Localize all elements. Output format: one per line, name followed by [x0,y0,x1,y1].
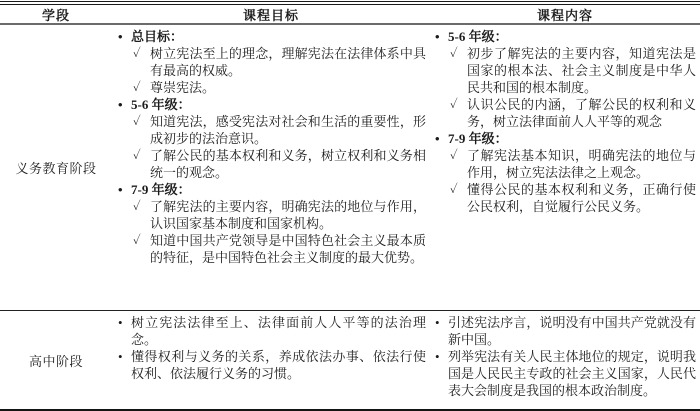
bullet-icon: • [118,314,131,348]
check-icon: ✓ [133,45,150,79]
list-item-text: 懂得公民的基本权利和义务，正确行使公民权利，自觉履行公民义务。 [467,181,698,215]
column-header-contents: 课程内容 [430,5,700,24]
bullet-list-item: •引述宪法序言，说明没有中国共产党就没有新中国。 [435,314,698,348]
bullet-icon: • [118,348,131,382]
list-item-text: 引述宪法序言，说明没有中国共产党就没有新中国。 [448,314,698,348]
check-list-item: ✓了解宪法的主要内容，明确宪法的地位与作用，认识国家基本制度和国家机构。 [133,198,428,232]
bullet-icon: • [435,348,448,399]
check-list-item: ✓懂得公民的基本权利和义务，正确行使公民权利，自觉履行公民义务。 [450,181,698,215]
contents-cell: •引述宪法序言，说明没有中国共产党就没有新中国。•列举宪法有关人民主体地位的规定… [430,311,700,409]
check-list-item: ✓知道宪法，感受宪法对社会和生活的重要性，形成初步的法治意识。 [133,113,428,147]
check-list-item: ✓了解宪法基本知识，明确宪法的地位与作用，树立宪法法律之上观念。 [450,147,698,181]
table-header-row: 学段 课程目标 课程内容 [0,5,700,23]
list-item-text: 懂得权利与义务的关系，养成依法办事、依法行使权利、依法履行义务的习惯。 [131,348,428,382]
list-item-text: 列举宪法有关人民主体地位的规定，说明我国是人民民主专政的社会主义国家，人民代表大… [448,348,698,399]
check-list-item: ✓知道中国共产党领导是中国特色社会主义最本质的特征，是中国特色社会主义制度的最大… [133,232,428,266]
list-item-text: 7-9 年级： [448,130,698,147]
bullet-list-item: •5-6 年级： [435,28,698,45]
objectives-cell: •树立宪法法律至上、法律面前人人平等的法治理念。•懂得权利与义务的关系，养成依法… [112,311,430,409]
list-item-text: 了解宪法基本知识，明确宪法的地位与作用，树立宪法法律之上观念。 [467,147,698,181]
bullet-list-item: •总目标： [118,28,428,45]
check-icon: ✓ [133,113,150,147]
bullet-list-item: •5-6 年级： [118,96,428,113]
check-list-item: ✓尊崇宪法。 [133,79,428,96]
column-header-stage: 学段 [0,5,112,24]
contents-cell: •5-6 年级：✓初步了解宪法的主要内容，知道宪法是国家的根本法、社会主义制度是… [430,25,700,310]
bullet-icon: • [118,96,131,113]
list-item-text: 5-6 年级： [131,96,428,113]
table-row-compulsory-education: 义务教育阶段 •总目标：✓树立宪法至上的理念，理解宪法在法律体系中具有最高的权威… [0,25,700,310]
check-icon: ✓ [450,96,467,130]
list-item-text: 7-9 年级： [131,181,428,198]
list-item-text: 认识公民的内涵，了解公民的权利和义务，树立法律面前人人平等的观念 [467,96,698,130]
list-item-text: 知道中国共产党领导是中国特色社会主义最本质的特征，是中国特色社会主义制度的最大优… [150,232,428,266]
list-item-text: 初步了解宪法的主要内容，知道宪法是国家的根本法、社会主义制度是中华人民共和国的根… [467,45,698,96]
bullet-icon: • [118,181,131,198]
curriculum-table: 学段 课程目标 课程内容 义务教育阶段 •总目标：✓树立宪法至上的理念，理解宪法… [0,0,700,411]
list-item-text: 树立宪法至上的理念，理解宪法在法律体系中具有最高的权威。 [150,45,428,79]
check-icon: ✓ [450,181,467,215]
list-item-text: 尊崇宪法。 [150,79,428,96]
check-icon: ✓ [133,147,150,181]
check-list-item: ✓认识公民的内涵，了解公民的权利和义务，树立法律面前人人平等的观念 [450,96,698,130]
bullet-icon: • [435,28,448,45]
check-icon: ✓ [133,198,150,232]
bullet-list-item: •树立宪法法律至上、法律面前人人平等的法治理念。 [118,314,428,348]
list-item-text: 了解公民的基本权利和义务，树立权利和义务相统一的观念。 [150,147,428,181]
bullet-list-item: •7-9 年级： [435,130,698,147]
list-item-text: 了解宪法的主要内容，明确宪法的地位与作用，认识国家基本制度和国家机构。 [150,198,428,232]
stage-cell: 义务教育阶段 [0,25,112,310]
bullet-list-item: •7-9 年级： [118,181,428,198]
bullet-icon: • [435,314,448,348]
check-list-item: ✓初步了解宪法的主要内容，知道宪法是国家的根本法、社会主义制度是中华人民共和国的… [450,45,698,96]
objectives-cell: •总目标：✓树立宪法至上的理念，理解宪法在法律体系中具有最高的权威。✓尊崇宪法。… [112,25,430,310]
bullet-icon: • [118,28,131,45]
list-item-text: 5-6 年级： [448,28,698,45]
list-item-text: 树立宪法法律至上、法律面前人人平等的法治理念。 [131,314,428,348]
list-item-text: 总目标： [131,28,428,45]
bullet-list-item: •懂得权利与义务的关系，养成依法办事、依法行使权利、依法履行义务的习惯。 [118,348,428,382]
bullet-list-item: •列举宪法有关人民主体地位的规定，说明我国是人民民主专政的社会主义国家，人民代表… [435,348,698,399]
column-header-objectives: 课程目标 [112,5,430,24]
bullet-icon: • [435,130,448,147]
check-icon: ✓ [450,45,467,96]
check-icon: ✓ [450,147,467,181]
list-item-text: 知道宪法，感受宪法对社会和生活的重要性，形成初步的法治意识。 [150,113,428,147]
check-icon: ✓ [133,232,150,266]
check-list-item: ✓树立宪法至上的理念，理解宪法在法律体系中具有最高的权威。 [133,45,428,79]
check-list-item: ✓了解公民的基本权利和义务，树立权利和义务相统一的观念。 [133,147,428,181]
stage-cell: 高中阶段 [0,311,112,409]
check-icon: ✓ [133,79,150,96]
table-row-high-school: 高中阶段 •树立宪法法律至上、法律面前人人平等的法治理念。•懂得权利与义务的关系… [0,311,700,409]
